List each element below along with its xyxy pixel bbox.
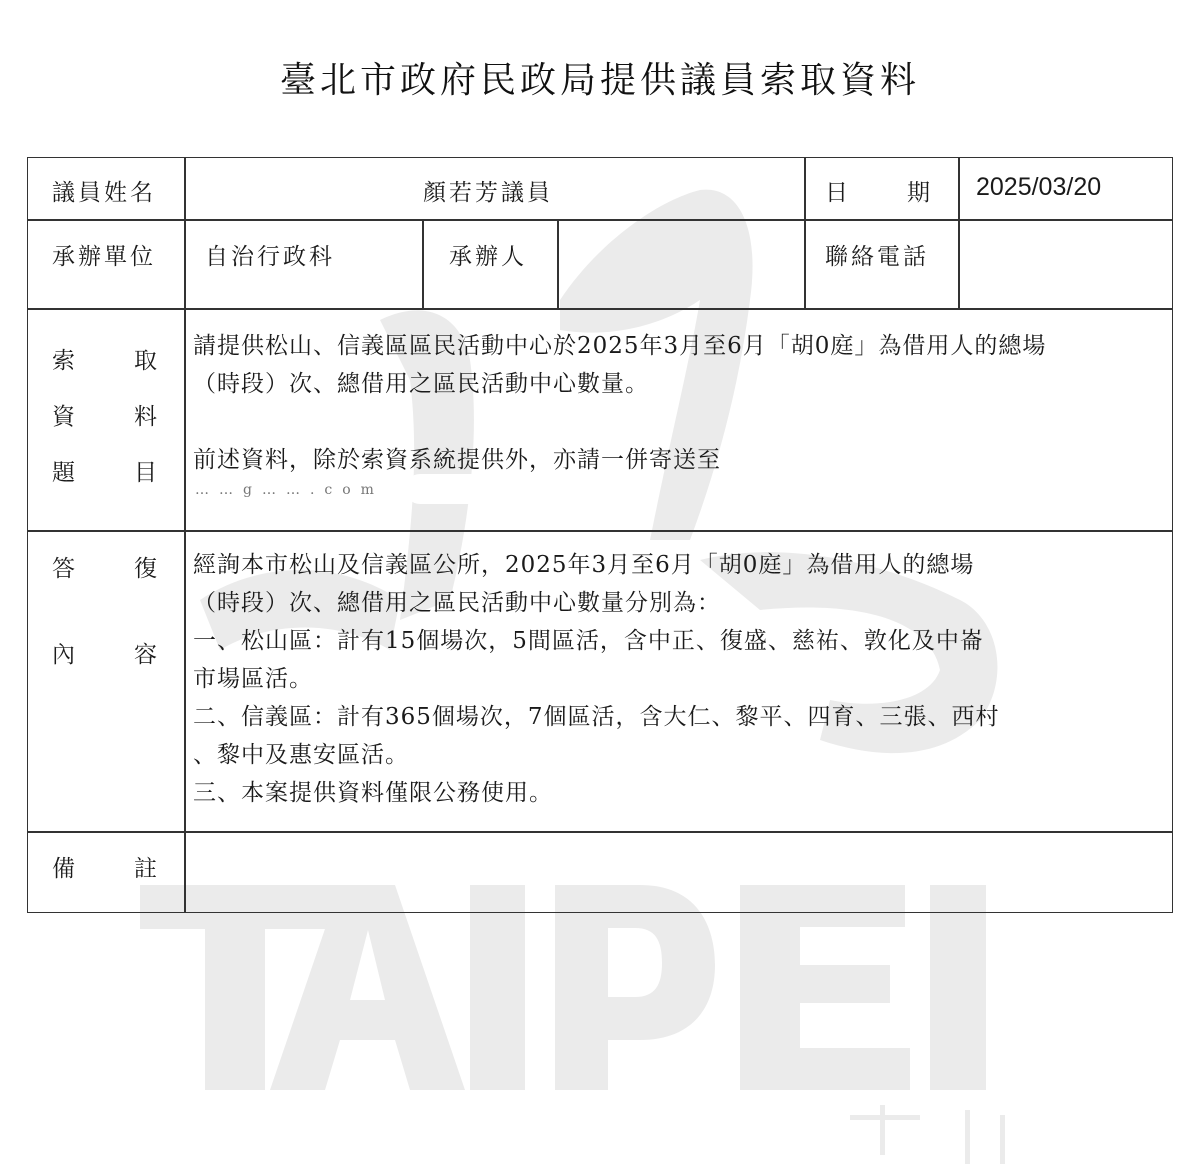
request-line: （時段）次、總借用之區民活動中心數量。 xyxy=(193,365,1046,403)
date-label: 日期 xyxy=(825,174,933,207)
reply-line: 、黎中及惠安區活。 xyxy=(193,736,1000,774)
column-divider xyxy=(804,157,806,309)
request-topic-content: 請提供松山、信義區區民活動中心於2025年3月至6月「胡0庭」為借用人的總場 （… xyxy=(193,327,1046,479)
councilor-name-label: 議員姓名 xyxy=(52,174,156,207)
reply-content-label: 答復 內容 xyxy=(52,549,160,675)
request-line: 請提供松山、信義區區民活動中心於2025年3月至6月「胡0庭」為借用人的總場 xyxy=(193,327,1046,365)
unit-label: 承辦單位 xyxy=(52,238,156,271)
document-title: 臺北市政府民政局提供議員索取資料 xyxy=(0,52,1200,103)
redaction-mark xyxy=(405,474,635,504)
unit-value: 自治行政科 xyxy=(205,238,335,271)
column-divider xyxy=(184,157,186,913)
reply-line: 三、本案提供資料僅限公務使用。 xyxy=(193,774,1000,812)
row-divider xyxy=(27,308,1173,310)
reply-line: 市場區活。 xyxy=(193,660,1000,698)
row-divider xyxy=(27,530,1173,532)
row-divider xyxy=(27,831,1173,833)
column-divider xyxy=(422,219,424,309)
request-line xyxy=(193,403,1046,441)
reply-line: （時段）次、總借用之區民活動中心數量分別為： xyxy=(193,584,1000,622)
phone-label: 聯絡電話 xyxy=(825,238,929,271)
column-divider xyxy=(958,157,960,309)
reply-line: 經詢本市松山及信義區公所，2025年3月至6月「胡0庭」為借用人的總場 xyxy=(193,546,1000,584)
remarks-label: 備註 xyxy=(52,850,160,883)
reply-line: 一、松山區：計有15個場次，5間區活，含中正、復盛、慈祐、敦化及中崙 xyxy=(193,622,1000,660)
date-value: 2025/03/20 xyxy=(976,173,1101,202)
handler-label: 承辦人 xyxy=(449,238,527,271)
row-divider xyxy=(27,219,1173,221)
request-topic-label: 索取 資料 題目 xyxy=(52,333,160,501)
reply-line: 二、信義區：計有365個場次，7個區活，含大仁、黎平、四育、三張、西村 xyxy=(193,698,1000,736)
councilor-name-value: 顏若芳議員 xyxy=(423,174,553,207)
column-divider xyxy=(557,219,559,309)
redacted-email: ……g…….com xyxy=(195,482,384,498)
reply-content: 經詢本市松山及信義區公所，2025年3月至6月「胡0庭」為借用人的總場 （時段）… xyxy=(193,546,1000,812)
